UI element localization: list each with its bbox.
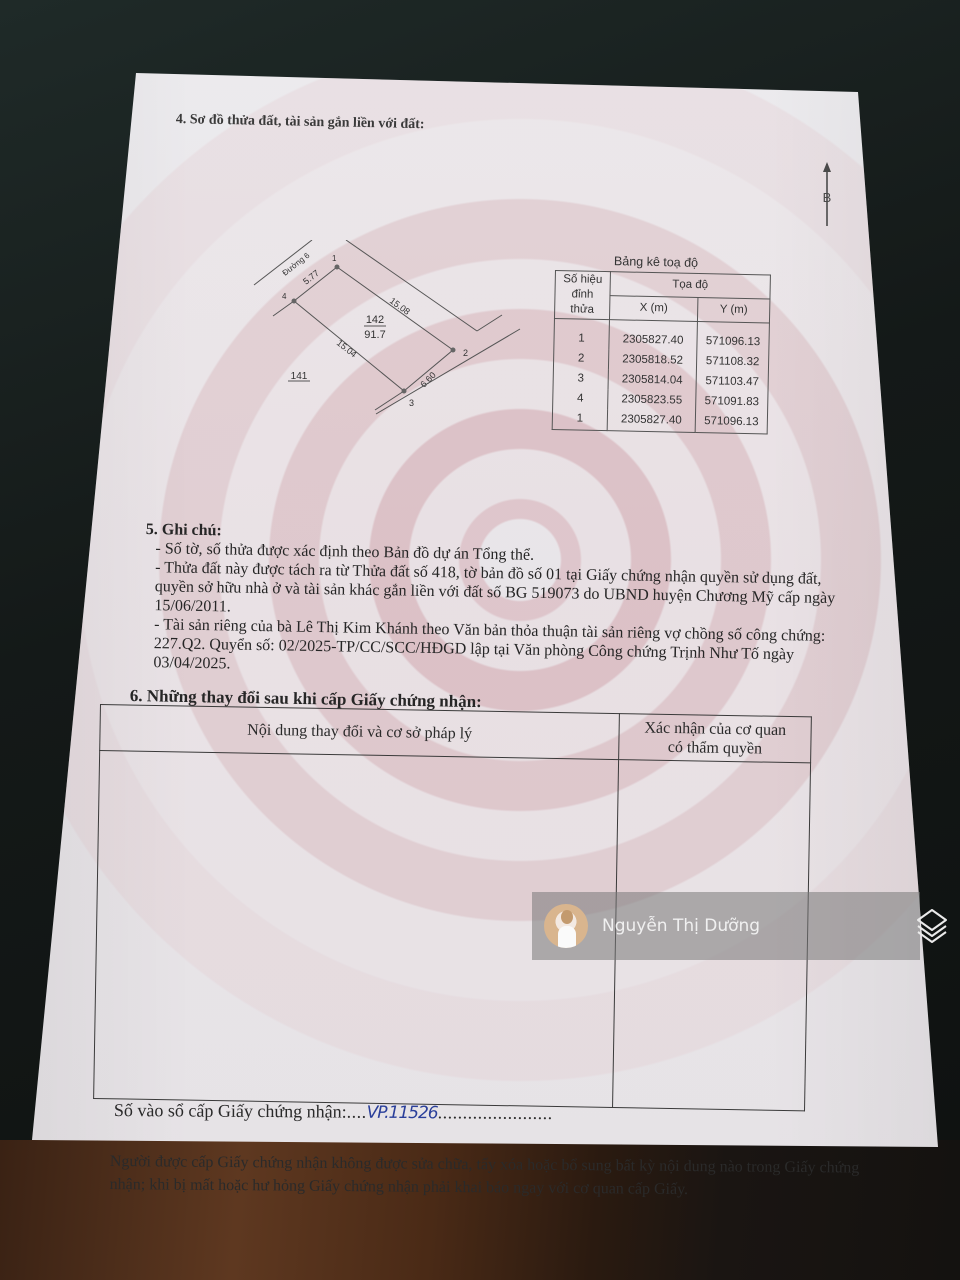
- vertex-4-label: 4: [282, 292, 287, 301]
- layers-icon[interactable]: [914, 906, 950, 946]
- north-arrow-icon: B: [816, 160, 838, 230]
- coord-cell-x: 2305818.52: [608, 349, 696, 371]
- vertex-3-label: 3: [409, 398, 414, 408]
- notes-section: 5. Ghi chú: - Số tờ, số thửa được xác đị…: [143, 520, 856, 684]
- north-label: B: [823, 190, 832, 205]
- coord-cell-x: 2305827.40: [609, 320, 698, 351]
- header-coordinates: Tọa độ: [610, 272, 770, 299]
- registry-number-line: Số vào sổ cấp Giấy chứng nhận:....VP.115…: [114, 1100, 553, 1124]
- vertex-1-label: 1: [332, 254, 337, 263]
- user-name[interactable]: Nguyễn Thị Dưỡng: [602, 916, 760, 936]
- coord-cell-x: 2305823.55: [608, 389, 696, 411]
- parcel-area: 91.7: [364, 329, 385, 341]
- coord-row: 12305827.40571096.13: [552, 408, 767, 434]
- edge-2-3-length: 6.60: [418, 370, 437, 389]
- coord-cell-y: 571091.83: [696, 391, 768, 413]
- parcel-number: 142: [366, 314, 384, 326]
- coord-cell-y: 571096.13: [695, 411, 767, 434]
- edge-3-4-length: 15.04: [335, 338, 359, 360]
- header-y: Y (m): [697, 297, 769, 323]
- plot-diagram: Đường 6 1 2 3 4 5.77 15.08 6.60 15.04 14…: [250, 240, 540, 440]
- coord-cell-id: 1: [554, 318, 610, 349]
- header-authority-confirmation: Xác nhận của cơ quan có thẩm quyền: [619, 714, 812, 763]
- coord-cell-y: 571103.47: [696, 371, 768, 393]
- header-vertex-id: Số hiệu đỉnh thửa: [554, 271, 610, 320]
- edge-4-1-length: 5.77: [301, 268, 321, 287]
- user-overlay-banner[interactable]: Nguyễn Thị Dưỡng: [532, 892, 920, 960]
- registry-label: Số vào sổ cấp Giấy chứng nhận:: [114, 1100, 347, 1122]
- dots: .......................: [438, 1102, 553, 1123]
- coord-table: Số hiệu đỉnh thửa Tọa độ X (m) Y (m) 123…: [552, 270, 771, 434]
- neighbor-parcel-number: 141: [291, 371, 308, 382]
- vertex-2-label: 2: [463, 348, 468, 358]
- user-avatar[interactable]: [544, 904, 588, 948]
- warning-text: Người được cấp Giấy chứng nhận không đượ…: [110, 1150, 870, 1203]
- coord-cell-y: 571096.13: [697, 321, 770, 352]
- header-x: X (m): [609, 296, 697, 322]
- coord-cell-x: 2305814.04: [608, 369, 696, 391]
- registry-handwritten-number: VP.11526: [367, 1103, 438, 1123]
- edge-1-2-length: 15.08: [388, 296, 412, 317]
- coord-cell-x: 2305827.40: [607, 409, 695, 432]
- dots: ....: [347, 1102, 367, 1122]
- coord-table-caption: Bảng kê toạ độ: [614, 254, 698, 270]
- coord-row: 12305827.40571096.13: [554, 318, 770, 352]
- coord-cell-id: 2: [553, 348, 608, 369]
- coord-cell-id: 3: [553, 368, 608, 389]
- coord-cell-id: 4: [553, 388, 608, 409]
- coord-cell-y: 571108.32: [696, 351, 768, 373]
- coord-cell-id: 1: [552, 408, 607, 431]
